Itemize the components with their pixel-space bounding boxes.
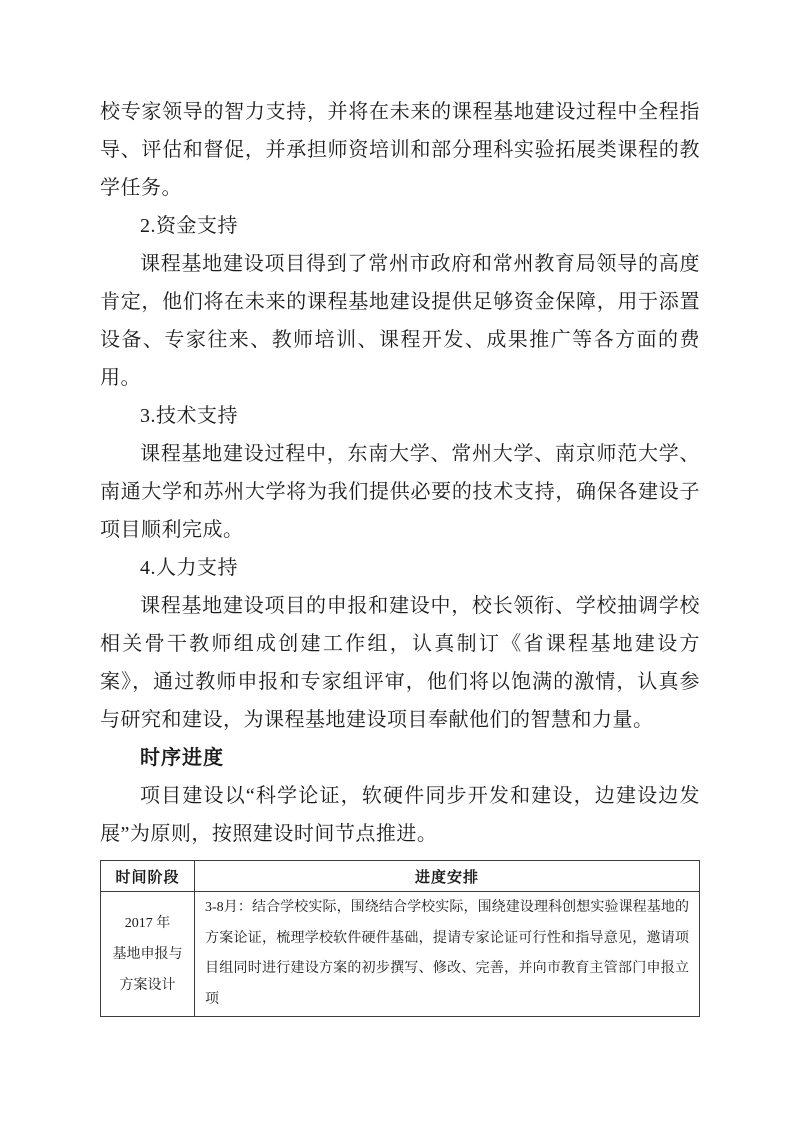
phase-line-year: 2017 年 bbox=[103, 908, 192, 939]
schedule-table-row-2017: 2017 年 基地申报与 方案设计 3-8月：结合学校实际，围绕结合学校实际，围… bbox=[101, 892, 700, 1017]
schedule-header-phase: 时间阶段 bbox=[101, 861, 195, 892]
para-schedule-principle: 项目建设以“科学论证，软硬件同步开发和建设，边建设边发展”为原则，按照建设时间节… bbox=[100, 777, 700, 853]
para-technical-support: 课程基地建设过程中，东南大学、常州大学、南京师范大学、南通大学和苏州大学将为我们… bbox=[100, 435, 700, 549]
schedule-detail-cell: 3-8月：结合学校实际，围绕结合学校实际，围绕建设理科创想实验课程基地的方案论证… bbox=[195, 892, 700, 1017]
heading-funding-support: 2.资金支持 bbox=[100, 207, 700, 245]
document-page: 校专家领导的智力支持，并将在未来的课程基地建设过程中全程指导、评估和督促，并承担… bbox=[0, 0, 800, 1131]
schedule-table-header-row: 时间阶段 进度安排 bbox=[101, 861, 700, 892]
heading-manpower-support: 4.人力支持 bbox=[100, 549, 700, 587]
para-funding-support: 课程基地建设项目得到了常州市政府和常州教育局领导的高度肯定，他们将在未来的课程基… bbox=[100, 245, 700, 397]
para-expert-support-continuation: 校专家领导的智力支持，并将在未来的课程基地建设过程中全程指导、评估和督促，并承担… bbox=[100, 93, 700, 207]
phase-line-design: 方案设计 bbox=[103, 970, 192, 1001]
heading-schedule-progress: 时序进度 bbox=[100, 739, 700, 777]
para-manpower-support: 课程基地建设项目的申报和建设中，校长领衔、学校抽调学校相关骨干教师组成创建工作组… bbox=[100, 587, 700, 739]
phase-line-application: 基地申报与 bbox=[103, 939, 192, 970]
heading-technical-support: 3.技术支持 bbox=[100, 397, 700, 435]
schedule-header-arrangement: 进度安排 bbox=[195, 861, 700, 892]
schedule-phase-cell: 2017 年 基地申报与 方案设计 bbox=[101, 892, 195, 1017]
schedule-table: 时间阶段 进度安排 2017 年 基地申报与 方案设计 3-8月：结合学校实际，… bbox=[100, 860, 700, 1017]
